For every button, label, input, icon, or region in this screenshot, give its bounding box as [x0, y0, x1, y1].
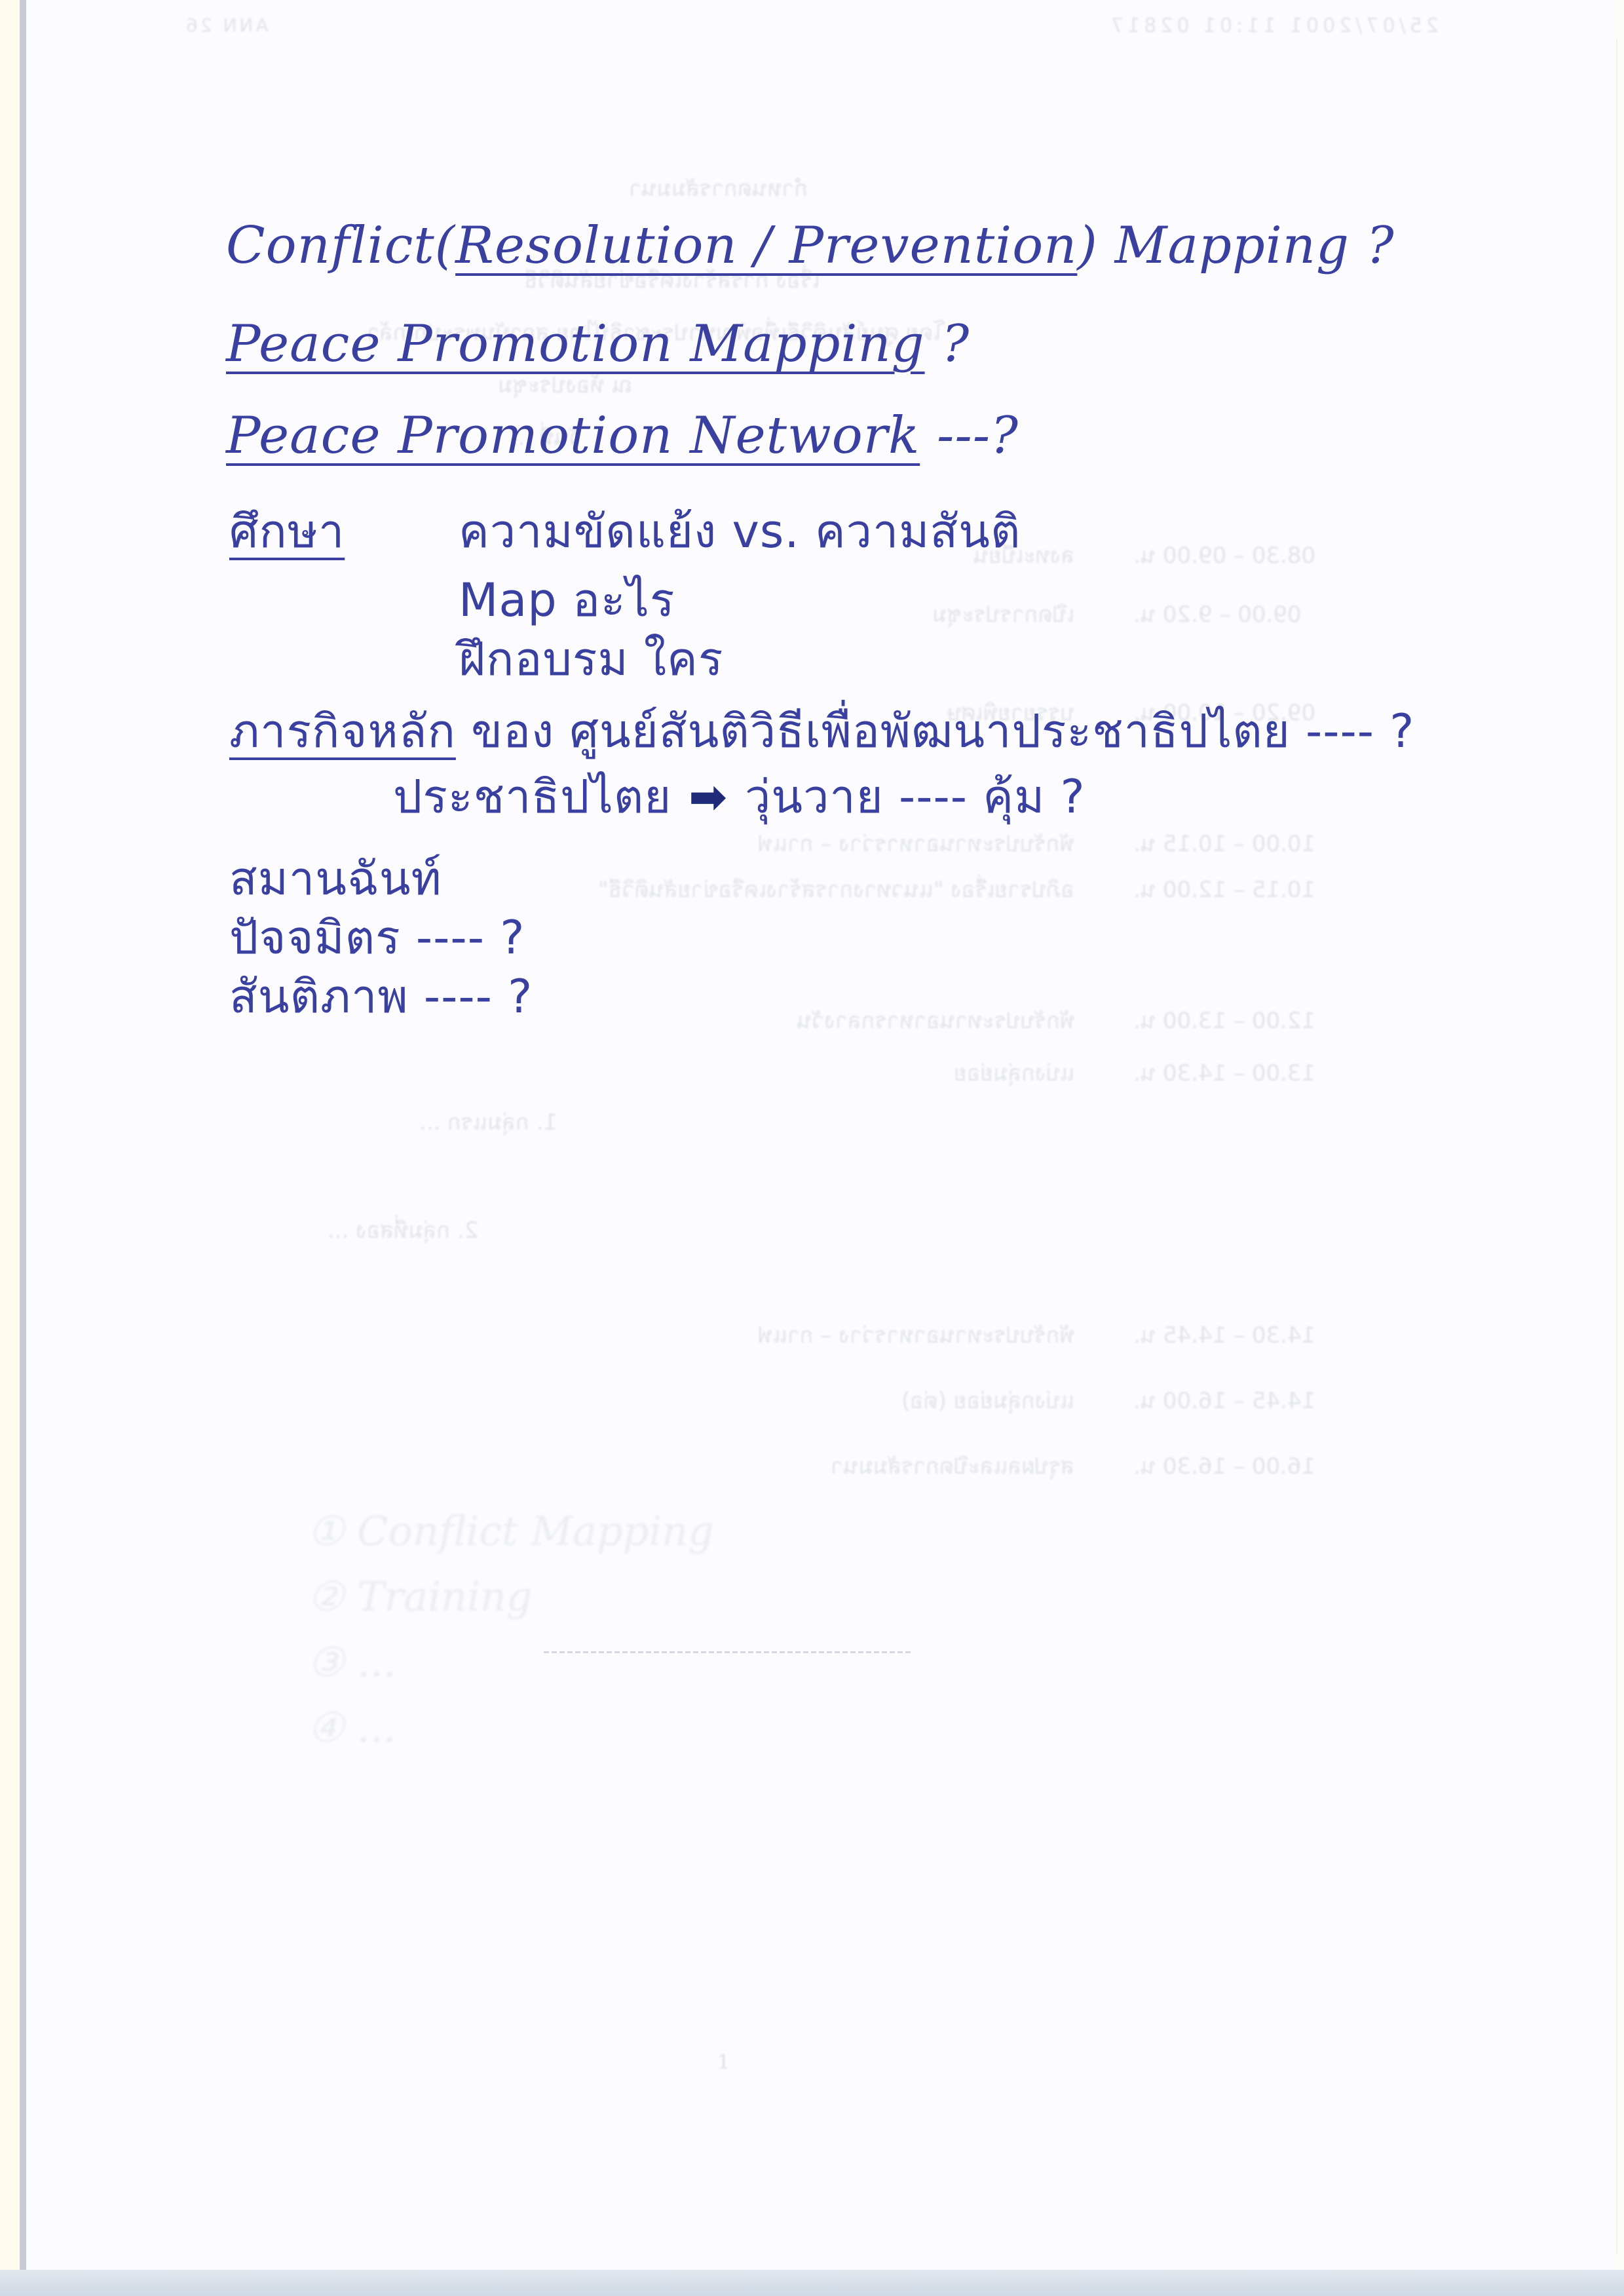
- showthrough-schedule-time: 16.00 – 16.30 น.: [1133, 1448, 1315, 1483]
- note-democracy-chaos: ประชาธิปไตย➡วุ่นวาย ---- คุ้ม ?: [393, 760, 1086, 833]
- note-peace-promotion-mapping: Peace Promotion Mapping ?: [226, 315, 970, 373]
- arrow-right-icon: ➡: [689, 770, 728, 824]
- scan-left-margin: [0, 0, 20, 2296]
- faint-note-3: ③ ...: [308, 1638, 396, 1686]
- note-conflict-suffix: ) Mapping ?: [1077, 216, 1394, 275]
- note-conflict-prefix: Conflict(: [226, 216, 455, 275]
- showthrough-schedule-item: อภิปรายเรื่อง "แนวทางการสร้างเครือข่ายสั…: [598, 871, 1074, 907]
- showthrough-schedule-item: สรุปผลและปิดการสัมมนา: [831, 1448, 1074, 1483]
- note-ppm-suffix: ?: [925, 315, 970, 373]
- note-main-mission: ภารกิจหลัก ของ ศูนย์สันติวิธีเพื่อพัฒนาป…: [229, 695, 1414, 767]
- showthrough-page-number: 1: [717, 2051, 730, 2074]
- note-study-text: ความขัดแย้ง vs. ความสันติ: [459, 495, 1021, 567]
- note-study-label: ศึกษา: [229, 495, 345, 567]
- showthrough-schedule-time: 14.30 – 14.45 น.: [1133, 1317, 1315, 1352]
- showthrough-schedule-item: พักรับประทานอาหารกลางวัน: [797, 1003, 1074, 1038]
- note-chaos-worth: วุ่นวาย ---- คุ้ม ?: [745, 770, 1086, 824]
- showthrough-schedule-time: 09.00 – 9.20 น.: [1133, 596, 1302, 632]
- note-train-whom: ฝึกอบรม ใคร: [459, 622, 723, 695]
- note-ppm-underlined: Peace Promotion Mapping: [226, 315, 925, 373]
- showthrough-schedule-item: แบ่งกลุ่มย่อย (ต่อ): [901, 1383, 1074, 1418]
- note-democracy: ประชาธิปไตย: [393, 770, 671, 824]
- showthrough-divider: [544, 1651, 911, 1653]
- faint-note-1: ① Conflict Mapping: [308, 1507, 714, 1555]
- note-peace-promotion-network: Peace Promotion Network ---?: [226, 406, 1019, 465]
- showthrough-schedule-time: 12.00 – 13.00 น.: [1133, 1003, 1315, 1038]
- showthrough-schedule-item: เปิดการประชุม: [932, 596, 1074, 632]
- note-peace: สันติภาพ ---- ?: [229, 960, 533, 1033]
- faint-note-4: ④ ...: [308, 1704, 396, 1751]
- note-main-mission-text: ของ ศูนย์สันติวิธีเพื่อพัฒนาประชาธิปไตย …: [456, 704, 1415, 758]
- showthrough-schedule-time: 13.00 – 14.30 น.: [1133, 1055, 1315, 1090]
- note-conflict-mapping: Conflict(Resolution / Prevention) Mappin…: [226, 216, 1395, 275]
- faint-note-2: ② Training: [308, 1573, 532, 1620]
- showthrough-header-right: 25/07/2001 11:01 02817: [1107, 14, 1439, 37]
- showthrough-header-left: ANN 26: [183, 14, 269, 36]
- showthrough-schedule-time: 08.30 – 09.00 น.: [1133, 537, 1315, 573]
- showthrough-schedule-time: 10.00 – 10.15 น.: [1133, 826, 1315, 861]
- showthrough-schedule-time: 14.45 – 16.00 น.: [1133, 1383, 1315, 1418]
- showthrough-title-1: กำหนดการสัมมนา: [629, 170, 808, 206]
- scan-bottom-shadow: [0, 2270, 1624, 2296]
- note-conflict-underlined: Resolution / Prevention: [455, 216, 1077, 275]
- note-main-mission-label: ภารกิจหลัก: [229, 704, 456, 758]
- showthrough-schedule-time: 10.15 – 12.00 น.: [1133, 871, 1315, 907]
- showthrough-group-1: 1. กลุ่มแรก ...: [419, 1104, 557, 1139]
- showthrough-schedule-item: พักรับประทานอาหารว่าง – กาแฟ: [757, 1317, 1074, 1352]
- note-ppn-suffix: ---?: [920, 406, 1019, 465]
- paper-right-edge: [1616, 39, 1617, 2254]
- note-ppn-underlined: Peace Promotion Network: [226, 406, 920, 465]
- showthrough-group-2: 2. กลุ่มที่สอง ...: [328, 1212, 479, 1248]
- showthrough-schedule-item: แบ่งกลุ่มย่อย: [954, 1055, 1074, 1090]
- note-study-label-text: ศึกษา: [229, 505, 345, 558]
